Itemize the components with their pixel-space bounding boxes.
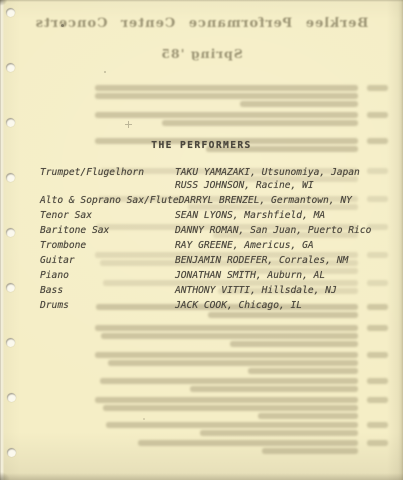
binder-hole: [6, 118, 15, 127]
performer-row: DrumsJACK COOK, Chicago, IL: [40, 300, 387, 313]
instrument-label: Trumpet/Flugelhorn: [40, 167, 175, 192]
bleedthrough-text-line: [101, 333, 358, 339]
instrument-label: Bass: [40, 285, 175, 298]
page-title: THE PERFORMERS: [0, 140, 403, 151]
performer-name-line: RUSS JOHNSON, Racine, WI: [175, 180, 387, 193]
performer-row: GuitarBENJAMIN RODEFER, Corrales, NM: [40, 255, 387, 268]
bleedthrough-date-label: [367, 397, 388, 403]
bleedthrough-text-line: [95, 397, 358, 403]
bleedthrough-text-line: [248, 368, 358, 374]
bleedthrough-subtitle: Spring '85: [0, 46, 403, 61]
bleedthrough-text-line: [138, 440, 358, 446]
bleedthrough-text-line: [95, 325, 358, 331]
instrument-label: Piano: [40, 270, 175, 283]
instrument-label: Tenor Sax: [40, 210, 175, 223]
performer-row: Tenor SaxSEAN LYONS, Marshfield, MA: [40, 210, 387, 223]
performer-names: TAKU YAMAZAKI, Utsunomiya, JapanRUSS JOH…: [175, 167, 387, 192]
bleedthrough-text-line: [95, 112, 358, 118]
binder-hole: [6, 173, 15, 182]
bleedthrough-date-label: [367, 112, 388, 118]
bleedthrough-date-label: [367, 325, 388, 331]
binder-hole: [6, 338, 15, 347]
binder-hole: [6, 283, 15, 292]
performer-row: Trumpet/FlugelhornTAKU YAMAZAKI, Utsunom…: [40, 167, 387, 192]
bleedthrough-text-line: [162, 120, 358, 126]
performer-name-line: RAY GREENE, Americus, GA: [175, 240, 387, 253]
performer-name-line: JACK COOK, Chicago, IL: [175, 300, 387, 313]
performer-names: JONATHAN SMITH, Auburn, AL: [175, 270, 387, 283]
performer-name-line: JONATHAN SMITH, Auburn, AL: [175, 270, 387, 283]
bleedthrough-text-line: [262, 448, 358, 454]
binder-hole: [6, 63, 15, 72]
bleedthrough-text-line: [95, 352, 358, 358]
corner-shadow-bottom-left: [0, 470, 12, 480]
bleedthrough-text-line: [106, 422, 358, 428]
bleedthrough-text-line: [258, 413, 358, 419]
page-edge-top: [0, 0, 403, 2]
bleedthrough-text-line: [95, 93, 358, 99]
page-edge-bottom: [0, 473, 403, 480]
bleedthrough-date-label: [367, 378, 388, 384]
bleedthrough-date-label: [367, 422, 388, 428]
scanned-program-page: Berklee Performance Center Concerts Spri…: [0, 0, 403, 480]
instrument-label: Guitar: [40, 255, 175, 268]
page-edge-left: [0, 0, 4, 480]
performers-list: Trumpet/FlugelhornTAKU YAMAZAKI, Utsunom…: [40, 167, 387, 315]
performer-names: DARRYL BRENZEL, Germantown, NY: [179, 195, 387, 208]
performer-name-line: DARRYL BRENZEL, Germantown, NY: [179, 195, 387, 208]
binder-hole: [7, 393, 16, 402]
performer-name-line: DANNY ROMAN, San Juan, Puerto Rico: [175, 225, 387, 238]
performer-row: TromboneRAY GREENE, Americus, GA: [40, 240, 387, 253]
performer-names: DANNY ROMAN, San Juan, Puerto Rico: [175, 225, 387, 238]
performer-names: SEAN LYONS, Marshfield, MA: [175, 210, 387, 223]
performer-row: PianoJONATHAN SMITH, Auburn, AL: [40, 270, 387, 283]
bleedthrough-text-line: [200, 430, 358, 436]
performer-row: Alto & Soprano Sax/FluteDARRYL BRENZEL, …: [40, 195, 387, 208]
binder-hole: [7, 448, 16, 457]
bleedthrough-text-line: [190, 386, 358, 392]
bleedthrough-date-label: [367, 440, 388, 446]
bleedthrough-text-line: [95, 85, 358, 91]
bleedthrough-text-line: [240, 101, 358, 107]
instrument-label: Baritone Sax: [40, 225, 175, 238]
bleedthrough-text-line: [103, 405, 358, 411]
performer-row: BassANTHONY VITTI, Hillsdale, NJ: [40, 285, 387, 298]
bleedthrough-date-label: [367, 85, 388, 91]
performer-name-line: ANTHONY VITTI, Hillsdale, NJ: [175, 285, 387, 298]
performer-row: Baritone SaxDANNY ROMAN, San Juan, Puert…: [40, 225, 387, 238]
bleedthrough-header: Berklee Performance Center Concerts Spri…: [0, 16, 403, 61]
paper-speck: [61, 24, 64, 27]
performer-name-line: SEAN LYONS, Marshfield, MA: [175, 210, 387, 223]
bleedthrough-text-line: [230, 341, 358, 347]
instrument-label: Trombone: [40, 240, 175, 253]
bleedthrough-date-label: [367, 352, 388, 358]
performer-names: RAY GREENE, Americus, GA: [175, 240, 387, 253]
performer-names: JACK COOK, Chicago, IL: [175, 300, 387, 313]
binder-hole: [6, 228, 15, 237]
paper-speck: [104, 71, 106, 73]
bleedthrough-text-line: [108, 360, 358, 366]
performer-name-line: BENJAMIN RODEFER, Corrales, NM: [175, 255, 387, 268]
page-edge-right: [398, 0, 403, 480]
registration-mark: [125, 121, 132, 128]
instrument-label: Alto & Soprano Sax/Flute: [40, 195, 179, 208]
bleedthrough-text-line: [100, 378, 358, 384]
corner-shadow-top-left: [0, 0, 9, 7]
binder-hole: [6, 8, 15, 17]
performer-names: BENJAMIN RODEFER, Corrales, NM: [175, 255, 387, 268]
performer-names: ANTHONY VITTI, Hillsdale, NJ: [175, 285, 387, 298]
instrument-label: Drums: [40, 300, 175, 313]
performer-name-line: TAKU YAMAZAKI, Utsunomiya, Japan: [175, 167, 387, 180]
paper-speck: [143, 418, 145, 420]
